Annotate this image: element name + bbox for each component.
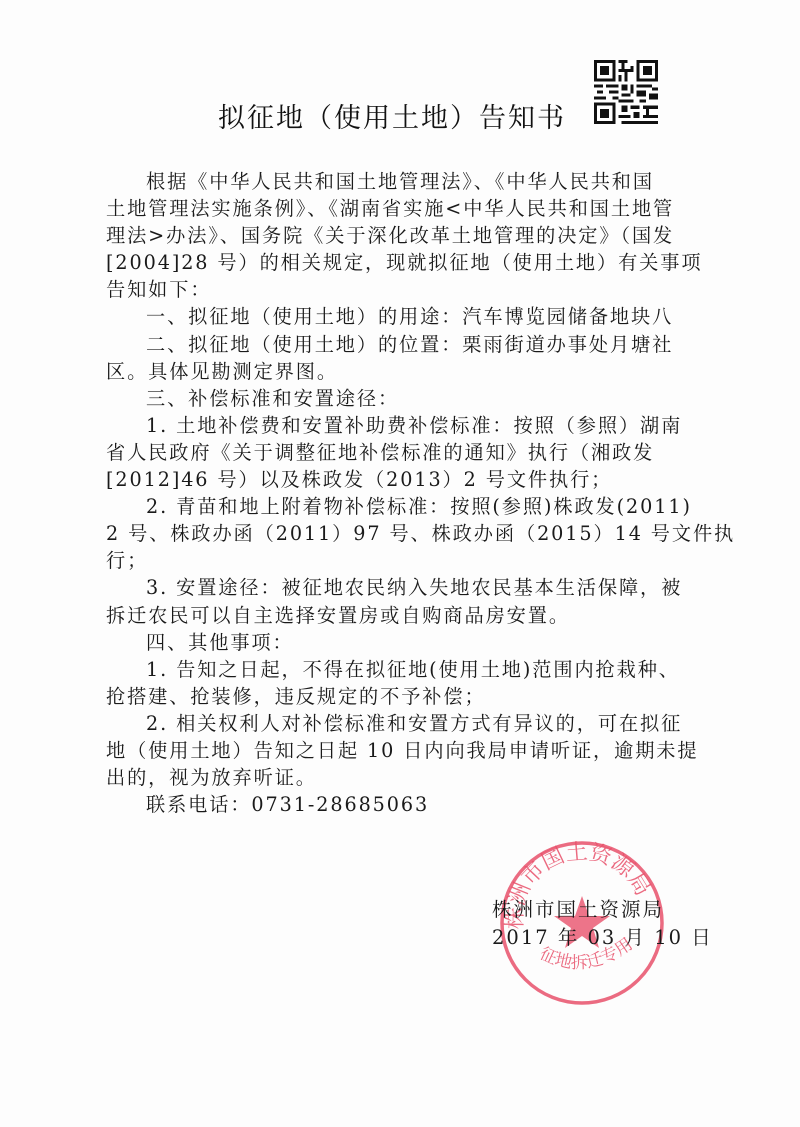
signature-block: 株洲市国土资源局 2017 年 03 月 10 日	[492, 896, 713, 952]
qr-code-icon	[594, 60, 658, 124]
other-item-2: 2. 相关权利人对补偿标准和安置方式有异议的，可在拟征	[106, 710, 706, 737]
body-line: 2 号、株政办函（2011）97 号、株政办函（2015）14 号文件执	[106, 520, 706, 547]
body-line: 拆迁农民可以自主选择安置房或自购商品房安置。	[106, 602, 706, 629]
body-line: 根据《中华人民共和国土地管理法》、《中华人民共和国	[106, 168, 706, 195]
document-body: 根据《中华人民共和国土地管理法》、《中华人民共和国 土地管理法实施条例》、《湖南…	[106, 168, 706, 818]
body-line: 理法>办法》、国务院《关于深化改革土地管理的决定》（国发	[106, 222, 706, 249]
issue-date: 2017 年 03 月 10 日	[492, 924, 713, 952]
document-page: 拟征地（使用土地）告知书 根据《中华人民共和国土地管理法》、《中华人民共和国 土…	[0, 0, 800, 1127]
body-line: 行；	[106, 547, 706, 574]
body-line: 抢搭建、抢装修，违反规定的不予补偿；	[106, 683, 706, 710]
section-purpose: 一、拟征地（使用土地）的用途：汽车博览园储备地块八	[106, 303, 706, 330]
body-line: [2004]28 号）的相关规定，现就拟征地（使用土地）有关事项	[106, 249, 706, 276]
body-line: 地（使用土地）告知之日起 10 日内向我局申请听证，逾期未提	[106, 737, 706, 764]
body-line: 区。具体见勘测定界图。	[106, 358, 706, 385]
body-line: 土地管理法实施条例》、《湖南省实施<中华人民共和国土地管	[106, 195, 706, 222]
compensation-item-2: 2. 青苗和地上附着物补偿标准：按照(参照)株政发(2011)	[106, 493, 706, 520]
body-line: [2012]46 号）以及株政发（2013）2 号文件执行；	[106, 466, 706, 493]
section-location: 二、拟征地（使用土地）的位置：栗雨街道办事处月塘社	[106, 331, 706, 358]
document-title: 拟征地（使用土地）告知书	[218, 96, 566, 135]
body-line: 出的，视为放弃听证。	[106, 764, 706, 791]
section-other-heading: 四、其他事项：	[106, 629, 706, 656]
contact-phone: 联系电话：0731-28685063	[106, 791, 706, 818]
issuing-organization: 株洲市国土资源局	[492, 896, 713, 924]
compensation-item-1: 1. 土地补偿费和安置补助费补偿标准：按照（参照）湖南	[106, 412, 706, 439]
compensation-item-3: 3. 安置途径：被征地农民纳入失地农民基本生活保障，被	[106, 574, 706, 601]
section-compensation-heading: 三、补偿标准和安置途径：	[106, 385, 706, 412]
body-line: 省人民政府《关于调整征地补偿标准的通知》执行（湘政发	[106, 439, 706, 466]
other-item-1: 1. 告知之日起，不得在拟征地(使用土地)范围内抢栽种、	[106, 656, 706, 683]
body-line: 告知如下：	[106, 276, 706, 303]
